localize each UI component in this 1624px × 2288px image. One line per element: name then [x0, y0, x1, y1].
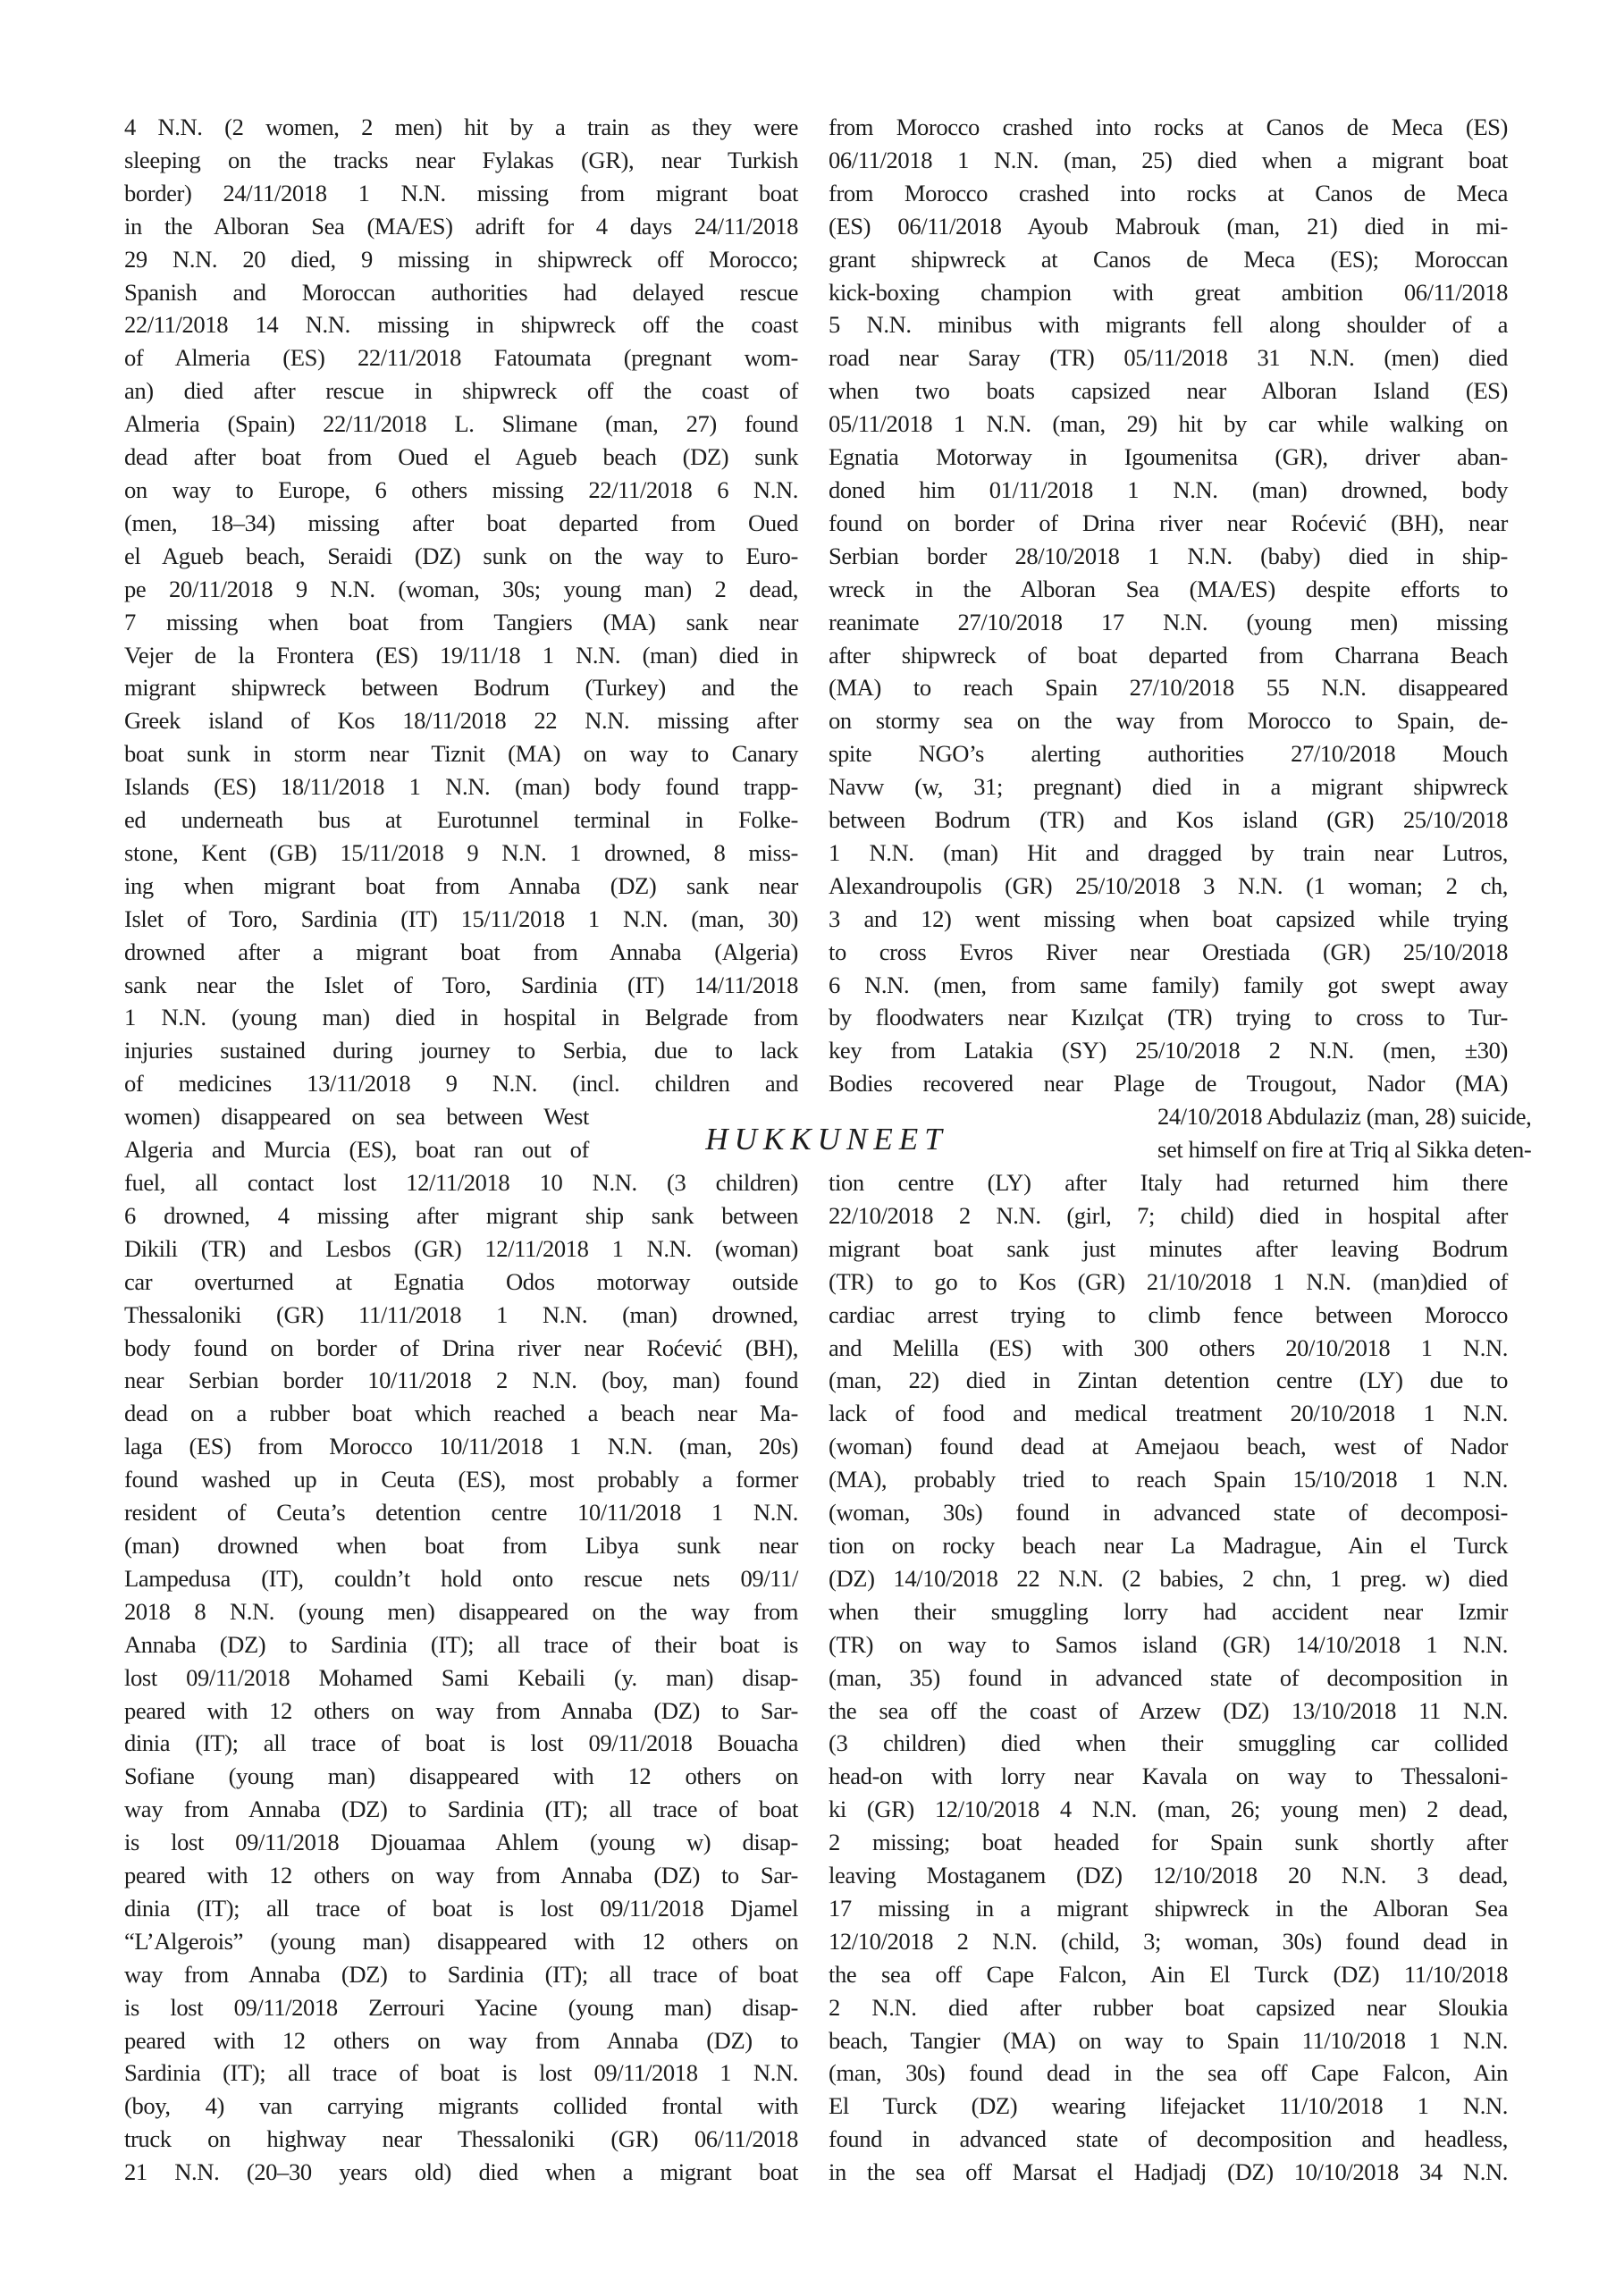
text-line: of Almeria (ES) 22/11/2018 Fatoumata (pr… [124, 341, 798, 374]
text-line: tion on rocky beach near La Madrague, Ai… [829, 1529, 1508, 1562]
text-line: pe 20/11/2018 9 N.N. (woman, 30s; young … [124, 573, 798, 606]
text-line: 06/11/2018 1 N.N. (man, 25) died when a … [829, 144, 1508, 177]
text-line: near Serbian border 10/11/2018 2 N.N. (b… [124, 1364, 798, 1397]
text-line: Annaba (DZ) to Sardinia (IT); all trace … [124, 1628, 798, 1661]
text-line: resident of Ceuta’s detention centre 10/… [124, 1496, 798, 1529]
text-line: found washed up in Ceuta (ES), most prob… [124, 1463, 798, 1496]
text-line: Egnatia Motorway in Igoumenitsa (GR), dr… [829, 441, 1508, 474]
text-line: and Melilla (ES) with 300 others 20/10/2… [829, 1332, 1508, 1365]
text-line: on way to Europe, 6 others missing 22/11… [124, 474, 798, 507]
text-line: of medicines 13/11/2018 9 N.N. (incl. ch… [124, 1067, 798, 1100]
text-line: el Agueb beach, Seraidi (DZ) sunk on the… [124, 540, 798, 573]
text-line: fuel, all contact lost 12/11/2018 10 N.N… [124, 1166, 798, 1199]
text-line: drowned after a migrant boat from Annaba… [124, 936, 798, 969]
text-line: found in advanced state of decomposition… [829, 2123, 1508, 2156]
text-line: reanimate 27/10/2018 17 N.N. (young men)… [829, 606, 1508, 639]
text-line: 24/10/2018 Abdulaziz (man, 28) suicide, [1157, 1100, 1508, 1133]
text-line: El Turck (DZ) wearing lifejacket 11/10/2… [829, 2090, 1508, 2123]
text-line: (TR) to go to Kos (GR) 21/10/2018 1 N.N.… [829, 1266, 1508, 1299]
text-line: the sea off Cape Falcon, Ain El Turck (D… [829, 1958, 1508, 1991]
text-line: an) died after rescue in shipwreck off t… [124, 374, 798, 408]
text-line: dinia (IT); all trace of boat is lost 09… [124, 1892, 798, 1925]
text-line: Thessaloniki (GR) 11/11/2018 1 N.N. (man… [124, 1299, 798, 1332]
text-line: laga (ES) from Morocco 10/11/2018 1 N.N.… [124, 1430, 798, 1463]
text-line: stone, Kent (GB) 15/11/2018 9 N.N. 1 dro… [124, 837, 798, 870]
text-line: Alexandroupolis (GR) 25/10/2018 3 N.N. (… [829, 870, 1508, 903]
text-line: Almeria (Spain) 22/11/2018 L. Slimane (m… [124, 408, 798, 441]
text-line: 5 N.N. minibus with migrants fell along … [829, 308, 1508, 341]
text-line: in the Alboran Sea (MA/ES) adrift for 4 … [124, 210, 798, 243]
text-line: lack of food and medical treatment 20/10… [829, 1397, 1508, 1430]
text-line: Navw (w, 31; pregnant) died in a migrant… [829, 770, 1508, 803]
text-line: peared with 12 others on way from Annaba… [124, 1859, 798, 1892]
text-line: (DZ) 14/10/2018 22 N.N. (2 babies, 2 chn… [829, 1562, 1508, 1595]
text-line: 4 N.N. (2 women, 2 men) hit by a train a… [124, 111, 798, 144]
text-line: truck on highway near Thessaloniki (GR) … [124, 2123, 798, 2156]
text-line: 6 N.N. (men, from same family) family go… [829, 969, 1508, 1002]
text-line: peared with 12 others on way from Annaba… [124, 2024, 798, 2057]
text-line: (3 children) died when their smuggling c… [829, 1727, 1508, 1760]
text-line: 1 N.N. (young man) died in hospital in B… [124, 1001, 798, 1034]
text-line: 1 N.N. (man) Hit and dragged by train ne… [829, 837, 1508, 870]
text-line: peared with 12 others on way from Annaba… [124, 1695, 798, 1728]
text-line: Islands (ES) 18/11/2018 1 N.N. (man) bod… [124, 770, 798, 803]
text-line: leaving Mostaganem (DZ) 12/10/2018 20 N.… [829, 1859, 1508, 1892]
text-line: grant shipwreck at Canos de Meca (ES); M… [829, 243, 1508, 276]
text-line: Spanish and Moroccan authorities had del… [124, 276, 798, 309]
text-line: (woman, 30s) found in advanced state of … [829, 1496, 1508, 1529]
text-line: in the sea off Marsat el Hadjadj (DZ) 10… [829, 2156, 1508, 2189]
text-line: way from Annaba (DZ) to Sardinia (IT); a… [124, 1958, 798, 1991]
text-line: Greek island of Kos 18/11/2018 22 N.N. m… [124, 704, 798, 737]
text-line: on stormy sea on the way from Morocco to… [829, 704, 1508, 737]
text-line: (boy, 4) van carrying migrants collided … [124, 2090, 798, 2123]
text-line: 29 N.N. 20 died, 9 missing in shipwreck … [124, 243, 798, 276]
text-line: the sea off the coast of Arzew (DZ) 13/1… [829, 1695, 1508, 1728]
text-line: spite NGO’s alerting authorities 27/10/2… [829, 737, 1508, 770]
text-line: 7 missing when boat from Tangiers (MA) s… [124, 606, 798, 639]
text-line: kick-boxing champion with great ambition… [829, 276, 1508, 309]
text-line: Islet of Toro, Sardinia (IT) 15/11/2018 … [124, 903, 798, 936]
text-line: from Morocco crashed into rocks at Canos… [829, 111, 1508, 144]
text-line: Serbian border 28/10/2018 1 N.N. (baby) … [829, 540, 1508, 573]
text-line: Vejer de la Frontera (ES) 19/11/18 1 N.N… [124, 639, 798, 672]
text-line: when two boats capsized near Alboran Isl… [829, 374, 1508, 408]
text-line: Algeria and Murcia (ES), boat ran out of [124, 1133, 589, 1166]
text-line: dead after boat from Oued el Agueb beach… [124, 441, 798, 474]
text-line: (TR) on way to Samos island (GR) 14/10/2… [829, 1628, 1508, 1661]
text-line: dead on a rubber boat which reached a be… [124, 1397, 798, 1430]
text-line: Lampedusa (IT), couldn’t hold onto rescu… [124, 1562, 798, 1595]
text-line: (ES) 06/11/2018 Ayoub Mabrouk (man, 21) … [829, 210, 1508, 243]
text-line: border) 24/11/2018 1 N.N. missing from m… [124, 177, 798, 210]
text-line: (woman) found dead at Amejaou beach, wes… [829, 1430, 1508, 1463]
text-line: (man, 35) found in advanced state of dec… [829, 1661, 1508, 1695]
text-line: when their smuggling lorry had accident … [829, 1595, 1508, 1628]
text-line: 3 and 12) went missing when boat capsize… [829, 903, 1508, 936]
right-column: from Morocco crashed into rocks at Canos… [829, 111, 1508, 2189]
text-line: between Bodrum (TR) and Kos island (GR) … [829, 803, 1508, 837]
text-line: 2 missing; boat headed for Spain sunk sh… [829, 1826, 1508, 1859]
text-line: Bodies recovered near Plage de Trougout,… [829, 1067, 1508, 1100]
text-line: 6 drowned, 4 missing after migrant ship … [124, 1199, 798, 1232]
text-line: (man, 22) died in Zintan detention centr… [829, 1364, 1508, 1397]
text-line: 22/11/2018 14 N.N. missing in shipwreck … [124, 308, 798, 341]
text-line: ing when migrant boat from Annaba (DZ) s… [124, 870, 798, 903]
text-line: injuries sustained during journey to Ser… [124, 1034, 798, 1067]
text-line: car overturned at Egnatia Odos motorway … [124, 1266, 798, 1299]
text-line: Sofiane (young man) disappeared with 12 … [124, 1760, 798, 1793]
text-line: boat sunk in storm near Tiznit (MA) on w… [124, 737, 798, 770]
text-line: key from Latakia (SY) 25/10/2018 2 N.N. … [829, 1034, 1508, 1067]
text-line: way from Annaba (DZ) to Sardinia (IT); a… [124, 1793, 798, 1826]
text-line: 21 N.N. (20–30 years old) died when a mi… [124, 2156, 798, 2189]
text-line: after shipwreck of boat departed from Ch… [829, 639, 1508, 672]
text-line: women) disappeared on sea between West [124, 1100, 589, 1133]
text-line: head-on with lorry near Kavala on way to… [829, 1760, 1508, 1793]
text-line: (MA), probably tried to reach Spain 15/1… [829, 1463, 1508, 1496]
text-line: body found on border of Drina river near… [124, 1332, 798, 1365]
text-line: dinia (IT); all trace of boat is lost 09… [124, 1727, 798, 1760]
text-line: is lost 09/11/2018 Djouamaa Ahlem (young… [124, 1826, 798, 1859]
text-line: tion centre (LY) after Italy had returne… [829, 1166, 1508, 1199]
text-line: 17 missing in a migrant shipwreck in the… [829, 1892, 1508, 1925]
text-line: sank near the Islet of Toro, Sardinia (I… [124, 969, 798, 1002]
text-line: from Morocco crashed into rocks at Canos… [829, 177, 1508, 210]
text-line: (man, 30s) found dead in the sea off Cap… [829, 2057, 1508, 2090]
text-line: 12/10/2018 2 N.N. (child, 3; woman, 30s)… [829, 1925, 1508, 1958]
text-line: Sardinia (IT); all trace of boat is lost… [124, 2057, 798, 2090]
text-line: beach, Tangier (MA) on way to Spain 11/1… [829, 2024, 1508, 2057]
text-line: to cross Evros River near Orestiada (GR)… [829, 936, 1508, 969]
text-line: “L’Algerois” (young man) disappeared wit… [124, 1925, 798, 1958]
text-line: wreck in the Alboran Sea (MA/ES) despite… [829, 573, 1508, 606]
text-line: (man) drowned when boat from Libya sunk … [124, 1529, 798, 1562]
text-line: 05/11/2018 1 N.N. (man, 29) hit by car w… [829, 408, 1508, 441]
text-line: migrant boat sank just minutes after lea… [829, 1232, 1508, 1266]
text-line: cardiac arrest trying to climb fence bet… [829, 1299, 1508, 1332]
text-line: sleeping on the tracks near Fylakas (GR)… [124, 144, 798, 177]
text-line: set himself on fire at Triq al Sikka det… [1157, 1133, 1508, 1166]
text-line: migrant shipwreck between Bodrum (Turkey… [124, 671, 798, 704]
text-line: 22/10/2018 2 N.N. (girl, 7; child) died … [829, 1199, 1508, 1232]
text-line: is lost 09/11/2018 Zerrouri Yacine (youn… [124, 1991, 798, 2024]
text-line: 2018 8 N.N. (young men) disappeared on t… [124, 1595, 798, 1628]
text-line: (MA) to reach Spain 27/10/2018 55 N.N. d… [829, 671, 1508, 704]
text-line: ki (GR) 12/10/2018 4 N.N. (man, 26; youn… [829, 1793, 1508, 1826]
text-line: (men, 18–34) missing after boat departed… [124, 507, 798, 540]
left-column: 4 N.N. (2 women, 2 men) hit by a train a… [124, 111, 798, 2189]
text-line: ed underneath bus at Eurotunnel terminal… [124, 803, 798, 837]
text-line: road near Saray (TR) 05/11/2018 31 N.N. … [829, 341, 1508, 374]
text-line: 2 N.N. died after rubber boat capsized n… [829, 1991, 1508, 2024]
text-line: found on border of Drina river near Roće… [829, 507, 1508, 540]
text-line: by floodwaters near Kızılçat (TR) trying… [829, 1001, 1508, 1034]
text-line: doned him 01/11/2018 1 N.N. (man) drowne… [829, 474, 1508, 507]
text-line: lost 09/11/2018 Mohamed Sami Kebaili (y.… [124, 1661, 798, 1695]
text-line: Dikili (TR) and Lesbos (GR) 12/11/2018 1… [124, 1232, 798, 1266]
